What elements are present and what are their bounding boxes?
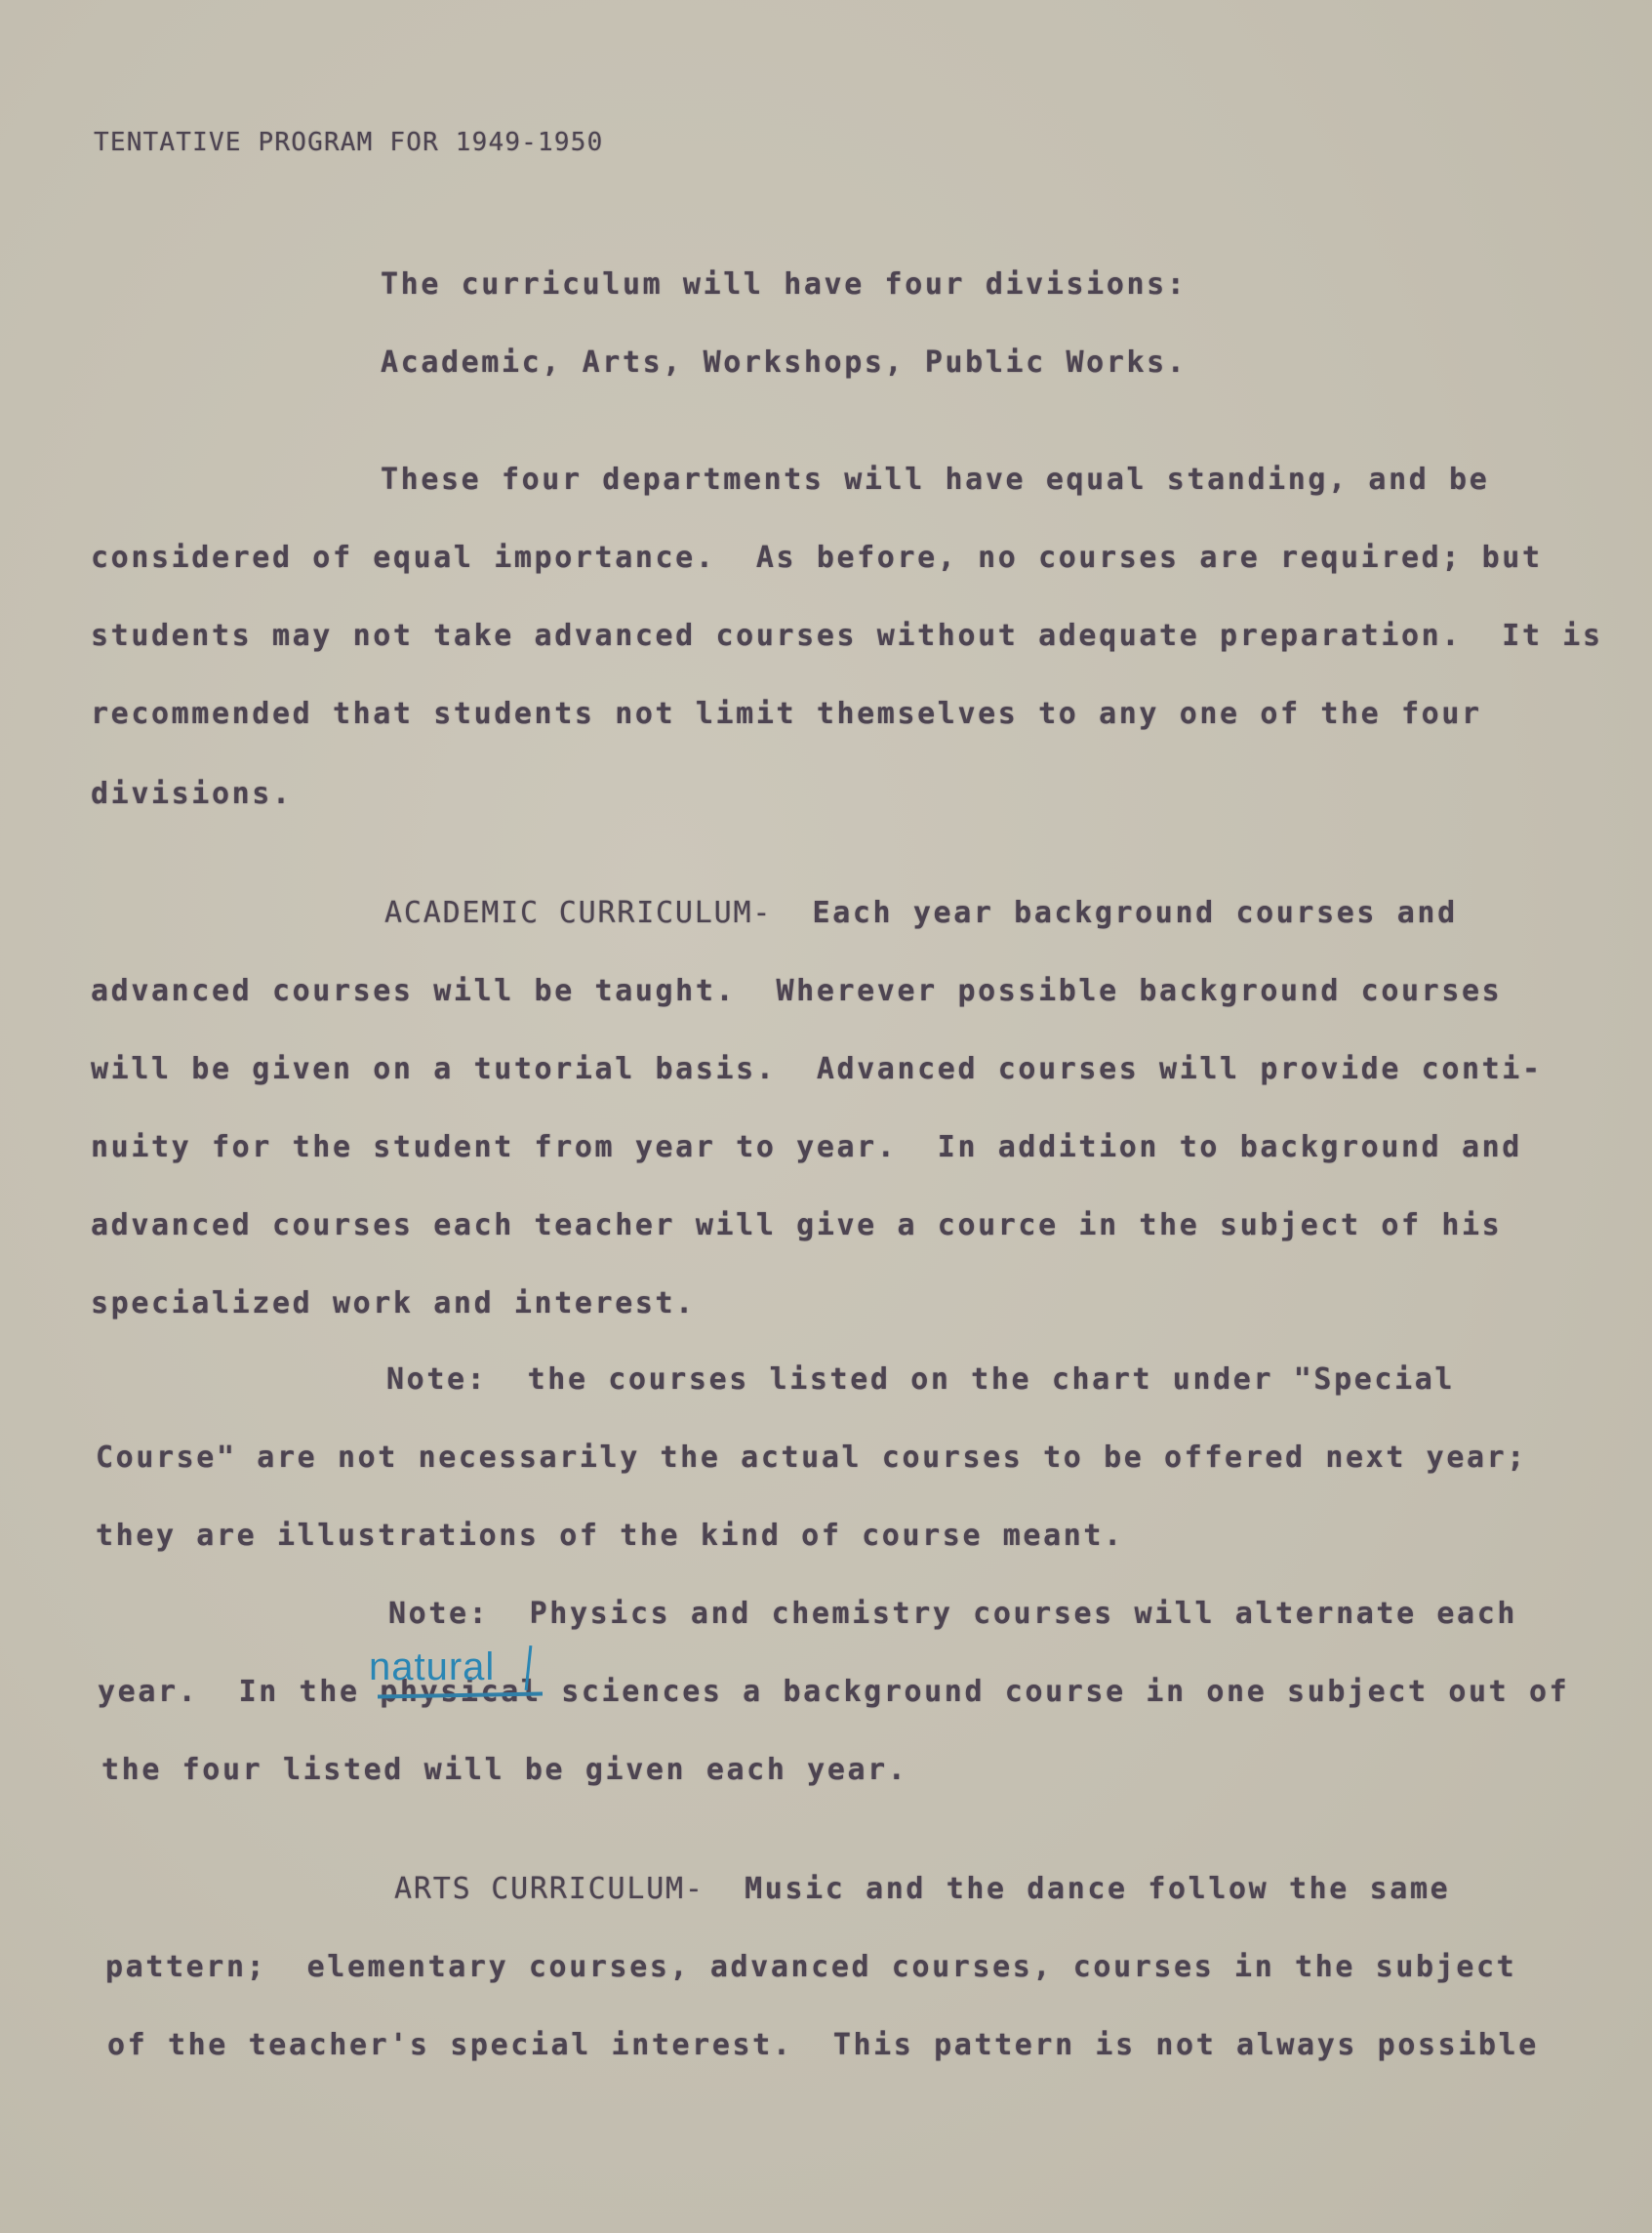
arts-first-line: ARTS CURRICULUM- Music and the dance fol… — [394, 1872, 1450, 1907]
paragraph1-line-1: These four departments will have equal s… — [381, 463, 1489, 498]
paragraph1-line-3: students may not take advanced courses w… — [91, 619, 1603, 654]
note2-line-2-start: year. In the — [98, 1675, 380, 1709]
academic-first-line-text: Each year background courses and — [772, 896, 1458, 930]
academic-line-5: advanced courses each teacher will give … — [91, 1208, 1502, 1243]
note1-line-1: Note: the courses listed on the chart un… — [386, 1362, 1455, 1398]
handwritten-correction: natural — [369, 1645, 495, 1689]
paragraph1-line-4: recommended that students not limit them… — [91, 697, 1482, 732]
note2-line-2-end: sciences a background course in one subj… — [542, 1675, 1570, 1709]
academic-first-line: ACADEMIC CURRICULUM- Each year backgroun… — [384, 896, 1458, 931]
arts-first-line-text: Music and the dance follow the same — [705, 1872, 1450, 1906]
academic-line-4: nuity for the student from year to year.… — [91, 1130, 1522, 1165]
academic-line-2: advanced courses will be taught. Whereve… — [91, 974, 1502, 1009]
academic-line-6: specialized work and interest. — [91, 1286, 696, 1321]
note1-line-3: they are illustrations of the kind of co… — [96, 1519, 1124, 1554]
academic-line-3: will be given on a tutorial basis. Advan… — [91, 1052, 1543, 1087]
intro-line-1: The curriculum will have four divisions: — [381, 267, 1187, 303]
paragraph1-line-2: considered of equal importance. As befor… — [91, 541, 1543, 576]
arts-heading: ARTS CURRICULUM- — [394, 1872, 705, 1906]
document-page: TENTATIVE PROGRAM FOR 1949-1950 The curr… — [0, 0, 1652, 2233]
note2-line-2: year. In the physical sciences a backgro… — [98, 1675, 1569, 1710]
arts-line-3: of the teacher's special interest. This … — [107, 2028, 1539, 2063]
arts-line-2: pattern; elementary courses, advanced co… — [105, 1950, 1516, 1985]
note1-line-2: Course" are not necessarily the actual c… — [96, 1441, 1527, 1476]
document-title: TENTATIVE PROGRAM FOR 1949-1950 — [94, 125, 603, 160]
intro-line-2: Academic, Arts, Workshops, Public Works. — [381, 345, 1187, 381]
note2-line-3: the four listed will be given each year. — [101, 1753, 907, 1788]
note2-line-1: Note: Physics and chemistry courses will… — [388, 1597, 1517, 1632]
paragraph1-line-5: divisions. — [91, 777, 293, 812]
academic-heading: ACADEMIC CURRICULUM- — [384, 896, 772, 930]
